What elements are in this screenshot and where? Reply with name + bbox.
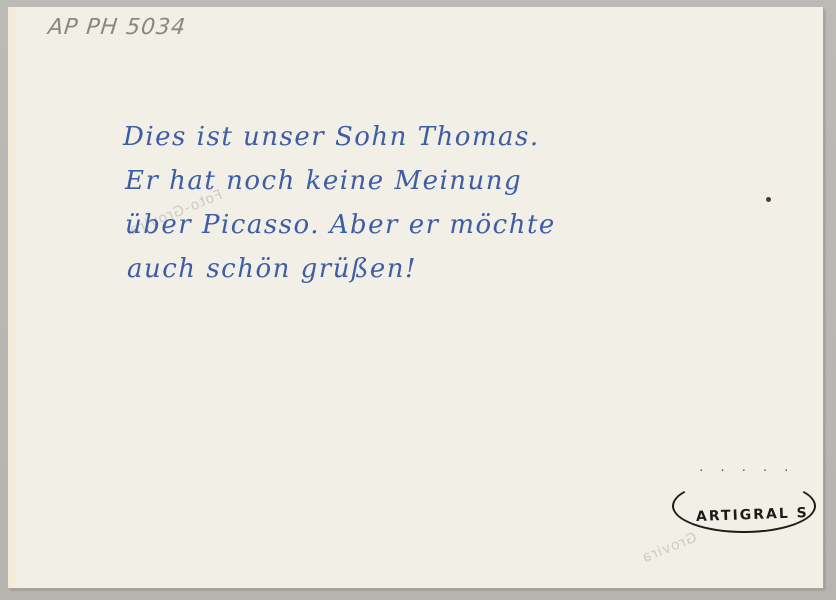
inventory-number: AP PH 5034 bbox=[47, 15, 188, 40]
scan-background: AP PH 5034 Foto-Grovira Dies ist unser S… bbox=[0, 0, 836, 600]
note-line: auch schön grüßen! bbox=[127, 247, 556, 291]
note-line: über Picasso. Aber er möchte bbox=[125, 203, 556, 247]
handwritten-note: Dies ist unser Sohn Thomas. Er hat noch … bbox=[123, 115, 556, 291]
faint-mirrored-stamp: Grovira bbox=[639, 530, 699, 567]
note-line: Er hat noch keine Meinung bbox=[125, 159, 556, 203]
ink-spot bbox=[766, 197, 771, 202]
note-line: Dies ist unser Sohn Thomas. bbox=[123, 115, 556, 159]
photo-verso-paper: AP PH 5034 Foto-Grovira Dies ist unser S… bbox=[8, 7, 823, 588]
oval-stamp-top-text: · · · · · bbox=[698, 464, 794, 477]
